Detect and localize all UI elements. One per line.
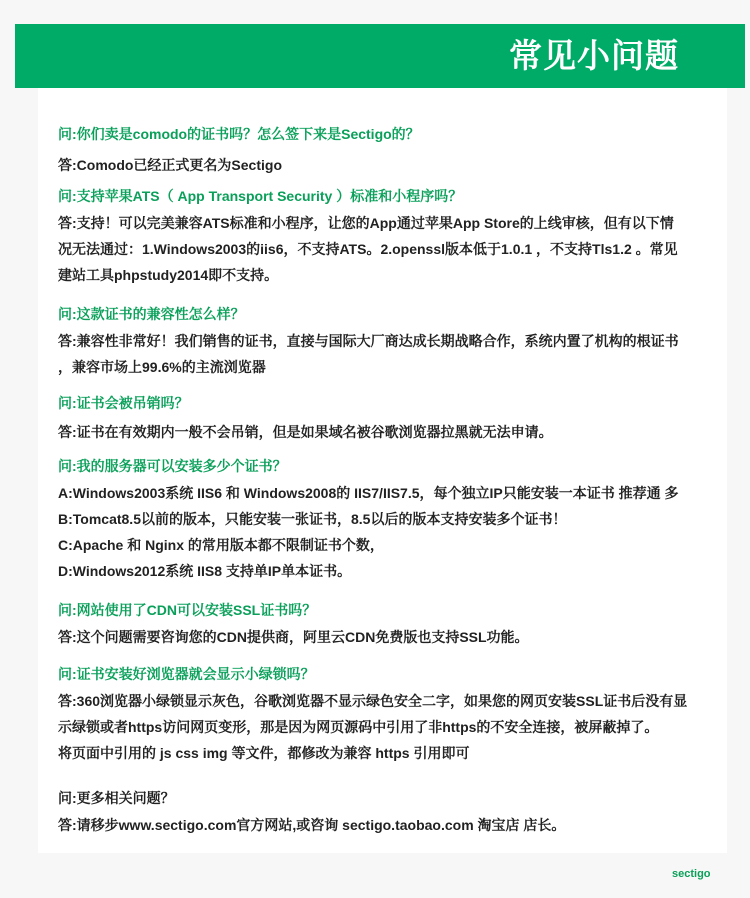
faq-card: 问:你们卖是comodo的证书吗？怎么签下来是Sectigo的？ 答:Comod… — [38, 88, 727, 853]
faq-answer: 答:支持！可以完美兼容ATS标准和小程序，让您的App通过苹果App Store… — [58, 210, 738, 288]
faq-item: 问:证书会被吊销吗？ 答:证书在有效期内一般不会吊销，但是如果域名被谷歌浏览器拉… — [58, 393, 738, 445]
answer-line: 答:支持！可以完美兼容ATS标准和小程序，让您的App通过苹果App Store… — [58, 210, 738, 236]
faq-item: 问:证书安装好浏览器就会显示小绿锁吗？ 答:360浏览器小绿锁显示灰色，谷歌浏览… — [58, 664, 738, 766]
faq-item: 问:更多相关问题？ 答:请移步www.sectigo.com官方网站,或咨询 s… — [58, 788, 738, 838]
footer-brand: sectigo — [672, 868, 711, 880]
faq-answer: 答:证书在有效期内一般不会吊销，但是如果域名被谷歌浏览器拉黑就无法申请。 — [58, 419, 738, 445]
faq-question: 问:我的服务器可以安装多少个证书？ — [58, 456, 738, 476]
faq-question: 问:这款证书的兼容性怎么样？ — [58, 304, 738, 324]
faq-question: 问:更多相关问题？ — [58, 788, 738, 808]
answer-line: A:Windows2003系统 IIS6 和 Windows2008的 IIS7… — [58, 480, 738, 506]
faq-item: 问:你们卖是comodo的证书吗？怎么签下来是Sectigo的？ 答:Comod… — [58, 124, 738, 178]
answer-line: C:Apache 和 Nginx 的常用版本都不限制证书个数， — [58, 532, 738, 558]
answer-line: 答:请移步www.sectigo.com官方网站,或咨询 sectigo.tao… — [58, 812, 738, 838]
faq-question: 问:证书会被吊销吗？ — [58, 393, 738, 413]
faq-question: 问:证书安装好浏览器就会显示小绿锁吗？ — [58, 664, 738, 684]
faq-item: 问:网站使用了CDN可以安装SSL证书吗？ 答:这个问题需要咨询您的CDN提供商… — [58, 600, 738, 650]
faq-item: 问:我的服务器可以安装多少个证书？ A:Windows2003系统 IIS6 和… — [58, 456, 738, 584]
answer-line: 建站工具phpstudy2014即不支持。 — [58, 262, 738, 288]
answer-line: 答:证书在有效期内一般不会吊销，但是如果域名被谷歌浏览器拉黑就无法申请。 — [58, 419, 738, 445]
answer-line: 答:Comodo已经正式更名为Sectigo — [58, 152, 738, 178]
answer-line: 况无法通过：1.Windows2003的iis6，不支持ATS。2.openss… — [58, 236, 738, 262]
faq-question: 问:你们卖是comodo的证书吗？怎么签下来是Sectigo的？ — [58, 124, 738, 144]
answer-line: ，兼容市场上99.6%的主流浏览器 — [58, 354, 738, 380]
faq-item: 问:支持苹果ATS（ App Transport Security ）标准和小程… — [58, 186, 738, 288]
faq-answer: A:Windows2003系统 IIS6 和 Windows2008的 IIS7… — [58, 480, 738, 584]
header-banner: 常见小问题 — [15, 24, 745, 88]
answer-line: D:Windows2012系统 IIS8 支持单IP单本证书。 — [58, 558, 738, 584]
answer-line: 答:这个问题需要咨询您的CDN提供商，阿里云CDN免费版也支持SSL功能。 — [58, 624, 738, 650]
page-title: 常见小问题 — [509, 34, 679, 78]
faq-answer: 答:这个问题需要咨询您的CDN提供商，阿里云CDN免费版也支持SSL功能。 — [58, 624, 738, 650]
faq-answer: 答:Comodo已经正式更名为Sectigo — [58, 152, 738, 178]
answer-line: 将页面中引用的 js css img 等文件，都修改为兼容 https 引用即可 — [58, 740, 738, 766]
faq-answer: 答:360浏览器小绿锁显示灰色，谷歌浏览器不显示绿色安全二字，如果您的网页安装S… — [58, 688, 738, 766]
faq-question: 问:网站使用了CDN可以安装SSL证书吗？ — [58, 600, 738, 620]
answer-line: 答:360浏览器小绿锁显示灰色，谷歌浏览器不显示绿色安全二字，如果您的网页安装S… — [58, 688, 738, 714]
answer-line: B:Tomcat8.5以前的版本，只能安装一张证书，8.5以后的版本支持安装多个… — [58, 506, 738, 532]
faq-answer: 答:请移步www.sectigo.com官方网站,或咨询 sectigo.tao… — [58, 812, 738, 838]
answer-line: 答:兼容性非常好！我们销售的证书，直接与国际大厂商达成长期战略合作，系统内置了机… — [58, 328, 738, 354]
faq-answer: 答:兼容性非常好！我们销售的证书，直接与国际大厂商达成长期战略合作，系统内置了机… — [58, 328, 738, 380]
faq-question: 问:支持苹果ATS（ App Transport Security ）标准和小程… — [58, 186, 738, 206]
faq-item: 问:这款证书的兼容性怎么样？ 答:兼容性非常好！我们销售的证书，直接与国际大厂商… — [58, 304, 738, 380]
answer-line: 示绿锁或者https访问网页变形，那是因为网页源码中引用了非https的不安全连… — [58, 714, 738, 740]
